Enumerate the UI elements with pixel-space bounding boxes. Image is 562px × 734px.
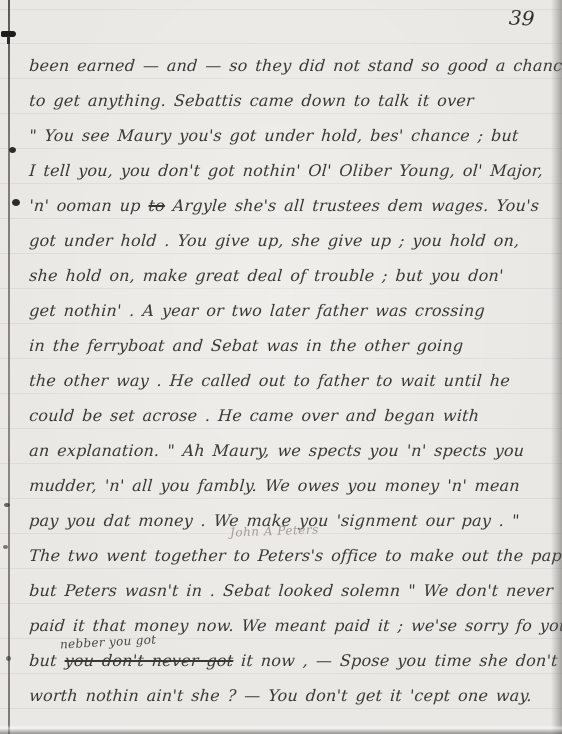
manuscript-line: in the ferryboat and Sebat was in the ot…	[28, 328, 550, 363]
binding-ink-mark	[1, 31, 16, 37]
manuscript-line: to get anything. Sebattis came down to t…	[28, 83, 550, 118]
ink-speck	[9, 147, 16, 153]
manuscript-page: 39 been earned — and — so they did not s…	[0, 0, 562, 734]
ink-speck	[4, 503, 10, 507]
page-number: 39	[508, 5, 535, 30]
manuscript-line: got under hold . You give up, she give u…	[28, 223, 550, 258]
ink-speck	[6, 656, 11, 661]
manuscript-line: the other way . He called out to father …	[28, 363, 550, 398]
manuscript-line: " You see Maury you's got under hold, be…	[28, 118, 550, 153]
manuscript-line: I tell you, you don't got nothin' Ol' Ol…	[28, 153, 550, 188]
manuscript-line: an explanation. " Ah Maury, we spects yo…	[28, 433, 550, 468]
manuscript-line: mudder, 'n' all you fambly. We owes you …	[28, 468, 550, 503]
manuscript-line: she hold on, make great deal of trouble …	[28, 258, 550, 293]
manuscript-line: worth nothin ain't she ? — You don't get…	[28, 678, 550, 713]
page-edge-shadow-bottom	[0, 725, 562, 734]
manuscript-line: could be set acrose . He came over and b…	[28, 398, 550, 433]
ink-speck	[12, 199, 20, 206]
manuscript-line: 'n' ooman up to Argyle she's all trustee…	[28, 188, 550, 223]
binding-edge-line	[8, 0, 10, 734]
manuscript-line: The two went together to Peters's office…	[28, 538, 550, 573]
manuscript-line: been earned — and — so they did not stan…	[28, 48, 550, 83]
page-edge-shadow-right	[551, 0, 562, 734]
manuscript-lines: been earned — and — so they did not stan…	[28, 48, 548, 713]
manuscript-line: but Peters wasn't in . Sebat looked sole…	[28, 573, 550, 608]
ink-speck	[3, 545, 8, 549]
manuscript-line: get nothin' . A year or two later father…	[28, 293, 550, 328]
